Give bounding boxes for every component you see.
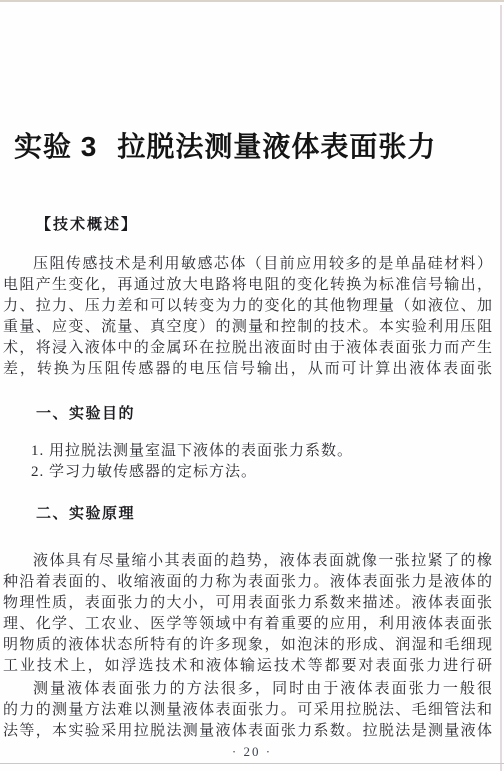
page-title: 实验 3拉脱法测量液体表面张力 [14, 129, 436, 165]
tech-overview-label: 【技术概述】 [36, 215, 138, 235]
principle-paragraph-1: 液体具有尽量缩小其表面的趋势，液体表面就像一张拉紧了的橡皮膜。这种沿着表面的、收… [3, 551, 493, 677]
text-line: 电阻产生变化，再通过放大电路将电阻的变化转换为标准信号输出，用于压 [3, 275, 493, 296]
text-line: 液体具有尽量缩小其表面的趋势，液体表面就像一张拉紧了的橡皮膜。这 [3, 551, 493, 572]
text-line: 的力的测量方法难以测量液体表面张力。可采用拉脱法、毛细管法和液滴测重 [3, 700, 493, 721]
text-line: 压阻传感技术是利用敏感芯体（目前应用较多的是单晶硅材料）受压后 [3, 254, 493, 275]
text-line: 工业技术上，如浮选技术和液体输运技术等都要对表面张力进行研究。 [3, 656, 493, 677]
purpose-list-item: 2. 学习力敏传感器的定标方法。 [31, 462, 493, 483]
tech-overview-paragraph: 压阻传感技术是利用敏感芯体（目前应用较多的是单晶硅材料）受压后电阻产生变化，再通… [3, 254, 493, 380]
text-line: 物理性质，表面张力的大小，可用表面张力系数来描述。液体表面张力在物 [3, 593, 493, 614]
page-right-edge-line [500, 5, 502, 771]
experiment-title-text: 拉脱法测量液体表面张力 [117, 131, 436, 162]
text-line: 种沿着表面的、收缩液面的力称为表面张力。液体表面张力是液体的一个重要 [3, 572, 493, 593]
heading-experiment-principle: 二、实验原理 [36, 504, 135, 524]
text-line: 重量、应变、流量、真空度）的测量和控制的技术。本实验利用压阻传感技 [3, 317, 493, 338]
text-line: 测量液体表面张力的方法很多，同时由于液体表面张力一般很小，故常用 [3, 679, 493, 700]
text-line: 力、拉力、压力差和可以转变为力的变化的其他物理量（如液位、加速度、 [3, 296, 493, 317]
heading-experiment-purpose: 一、实验目的 [36, 404, 135, 424]
purpose-item-list: 1. 用拉脱法测量室温下液体的表面张力系数。2. 学习力敏传感器的定标方法。 [31, 441, 493, 483]
page-top-edge-line [0, 0, 504, 2]
page-number: · 20 · [0, 744, 504, 760]
text-line: 差，转换为压阻传感器的电压信号输出，从而可计算出液体表面张力。 [3, 359, 493, 380]
principle-paragraph-2: 测量液体表面张力的方法很多，同时由于液体表面张力一般很小，故常用的力的测量方法难… [3, 679, 493, 742]
text-line: 法等，本实验采用拉脱法测量液体表面张力系数。拉脱法是测量液体表面张力 [3, 721, 493, 742]
purpose-list-item: 1. 用拉脱法测量室温下液体的表面张力系数。 [31, 441, 493, 462]
experiment-number: 实验 3 [14, 131, 97, 162]
text-line: 术，将浸入液体中的金属环在拉脱出液面时由于液体表面张力而产生的压力 [3, 338, 493, 359]
text-line: 明物质的液体状态所特有的许多现象，如泡沫的形成、润湿和毛细现象等。在 [3, 635, 493, 656]
text-line: 理、化学、工农业、医学等领域中有着重要的应用，利用液体表面张力能够说 [3, 614, 493, 635]
page-bottom-edge-line [0, 763, 504, 764]
scanned-book-page: 实验 3拉脱法测量液体表面张力 【技术概述】 压阻传感技术是利用敏感芯体（目前应… [0, 0, 504, 771]
